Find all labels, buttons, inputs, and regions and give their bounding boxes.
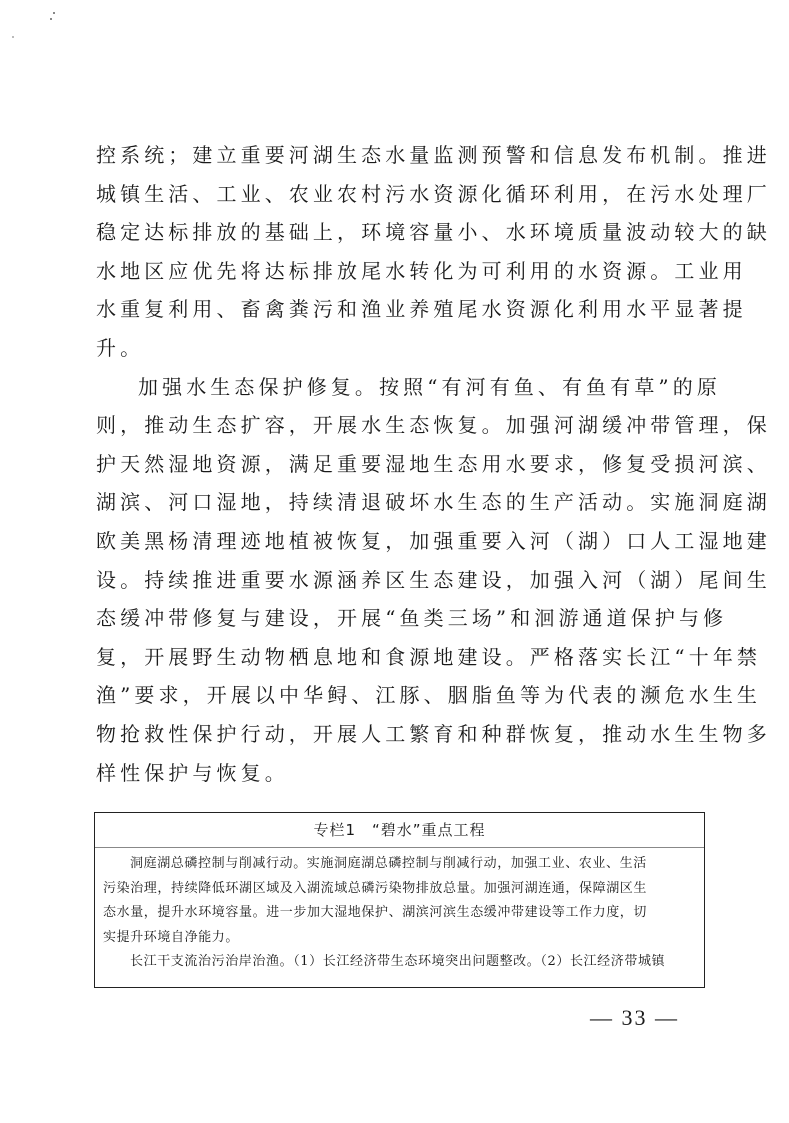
text-line: 湖滨、河口湿地，持续清退破坏水生态的生产活动。实施洞庭湖 xyxy=(96,483,706,522)
text-line: 态缓冲带修复与建设，开展“鱼类三场”和洄游通道保护与修 xyxy=(96,599,706,638)
text-line: 升。 xyxy=(96,329,706,368)
document-page: 控系统；建立重要河湖生态水量监测预警和信息发布机制。推进 城镇生活、工业、农业农… xyxy=(0,0,789,1123)
text-line: 则，推动生态扩容，开展水生态恢复。加强河湖缓冲带管理，保 xyxy=(96,406,706,445)
speck xyxy=(50,18,52,20)
body-text: 控系统；建立重要河湖生态水量监测预警和信息发布机制。推进 城镇生活、工业、农业农… xyxy=(96,136,706,792)
text-line: 水重复利用、畜禽粪污和渔业养殖尾水资源化利用水平显著提 xyxy=(96,290,706,329)
box-line: 态水量，提升水环境容量。进一步加大湿地保护、湖滨河滨生态缓冲带建设等工作力度，切 xyxy=(103,901,696,926)
text-line: 水地区应优先将达标排放尾水转化为可利用的水资源。工业用 xyxy=(96,252,706,291)
box-line: 洞庭湖总磷控制与削减行动。实施洞庭湖总磷控制与削减行动，加强工业、农业、生活 xyxy=(103,852,696,877)
text-line: 复，开展野生动物栖息地和食源地建设。严格落实长江“十年禁 xyxy=(96,638,706,677)
box-line: 实提升环境自净能力。 xyxy=(103,926,696,951)
text-line: 设。持续推进重要水源涵养区生态建设，加强入河（湖）尾间生 xyxy=(96,561,706,600)
text-line: 渔”要求，开展以中华鲟、江豚、胭脂鱼等为代表的濒危水生生 xyxy=(96,676,706,715)
text-line: 欧美黑杨清理迹地植被恢复，加强重要入河（湖）口人工湿地建 xyxy=(96,522,706,561)
speck xyxy=(12,36,14,38)
box-line: 污染治理，持续降低环湖区域及入湖流域总磷污染物排放总量。加强河湖连通，保障湖区生 xyxy=(103,877,696,902)
text-line: 护天然湿地资源，满足重要湿地生态用水要求，修复受损河滨、 xyxy=(96,445,706,484)
box-line: 长江干支流治污治岸治渔。（1）长江经济带生态环境突出问题整改。（2）长江经济带城… xyxy=(103,950,696,975)
text-line: 城镇生活、工业、农业农村污水资源化循环利用，在污水处理厂 xyxy=(96,175,706,214)
text-line: 控系统；建立重要河湖生态水量监测预警和信息发布机制。推进 xyxy=(96,136,706,175)
feature-box: 专栏1 “碧水”重点工程 洞庭湖总磷控制与削减行动。实施洞庭湖总磷控制与削减行动… xyxy=(94,812,705,988)
paragraph-heading-line: 加强水生态保护修复。按照“有河有鱼、有鱼有草”的原 xyxy=(96,368,706,407)
page-number: — 33 — xyxy=(590,1005,679,1031)
feature-box-body: 洞庭湖总磷控制与削减行动。实施洞庭湖总磷控制与削减行动，加强工业、农业、生活 污… xyxy=(95,848,704,975)
text-line: 稳定达标排放的基础上，环境容量小、水环境质量波动较大的缺 xyxy=(96,213,706,252)
text-line: 物抢救性保护行动，开展人工繁育和种群恢复，推动水生生物多 xyxy=(96,715,706,754)
scan-specks xyxy=(10,10,70,40)
speck xyxy=(53,12,55,14)
feature-box-title: 专栏1 “碧水”重点工程 xyxy=(95,813,704,848)
text-line: 样性保护与恢复。 xyxy=(96,754,706,793)
